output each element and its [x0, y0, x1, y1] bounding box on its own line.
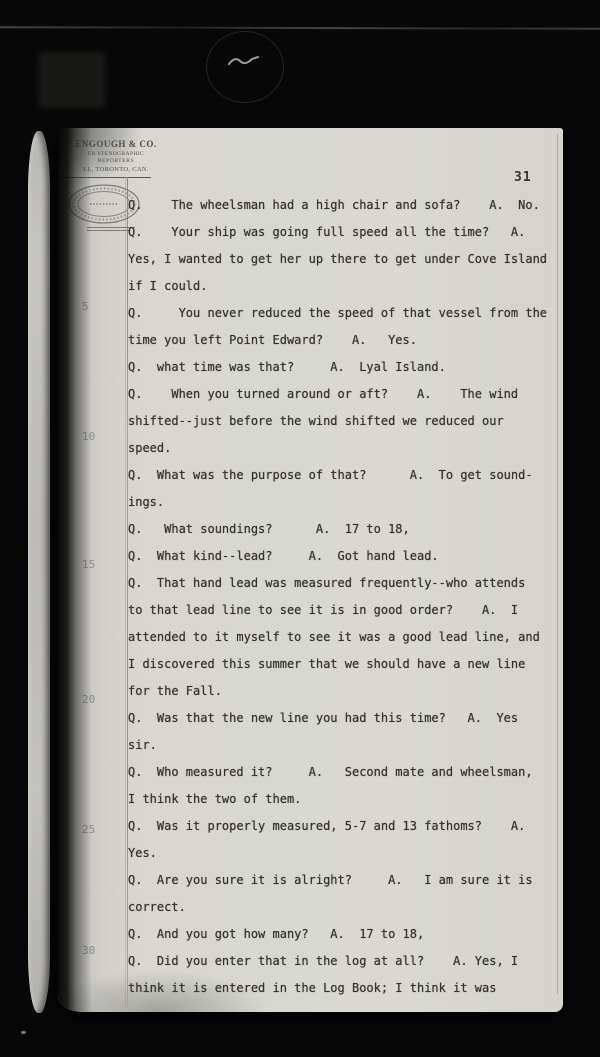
transcript-line: think it is entered in the Log Book; I t… — [128, 975, 556, 1002]
transcript-line: Q. Who measured it? A. Second mate and w… — [128, 759, 556, 786]
transcript-line: to that lead line to see it is in good o… — [128, 597, 556, 624]
transcript-line: I think the two of them. — [128, 786, 556, 813]
transcript-text: Q. The wheelsman had a high chair and so… — [128, 192, 556, 1002]
transcript-line: Q. what time was that? A. Lyal Island. — [128, 354, 556, 381]
transcript-line: Q. What was the purpose of that? A. To g… — [128, 462, 556, 489]
transcript-line: Q. What kind--lead? A. Got hand lead. — [128, 543, 556, 570]
dust-speck — [21, 1031, 26, 1034]
transcript-line: shifted--just before the wind shifted we… — [128, 408, 556, 435]
transcript-line: I discovered this summer that we should … — [128, 651, 556, 678]
film-shadow-blob — [38, 52, 106, 108]
transcript-line: Q. Was it properly measured, 5-7 and 13 … — [128, 813, 556, 840]
transcript-line: Q. Your ship was going full speed all th… — [128, 219, 556, 246]
film-scratch-line — [0, 26, 600, 30]
transcript-line: speed. — [128, 435, 556, 462]
page-number: 31 — [514, 170, 532, 185]
transcript-line: Q. The wheelsman had a high chair and so… — [128, 192, 556, 219]
transcript-line: for the Fall. — [128, 678, 556, 705]
gutter-shadow — [58, 128, 92, 1012]
transcript-line: Yes, I wanted to get her up there to get… — [128, 246, 556, 273]
transcript-line: Q. Did you enter that in the log at all?… — [128, 948, 556, 975]
transcript-line: Q. And you got how many? A. 17 to 18, — [128, 921, 556, 948]
page-stack-edge — [28, 131, 50, 1013]
transcript-line: Q. That hand lead was measured frequentl… — [128, 570, 556, 597]
transcript-line: Q. When you turned around or aft? A. The… — [128, 381, 556, 408]
document-page: ENGOUGH & CO. ER STENOGRAPHIC REPORTERS … — [58, 128, 563, 1012]
stamp-underline-2 — [87, 230, 129, 231]
transcript-line: ings. — [128, 489, 556, 516]
page-right-edge-line — [557, 134, 558, 994]
transcript-line: Q. You never reduced the speed of that v… — [128, 300, 556, 327]
transcript-line: attended to it myself to see it was a go… — [128, 624, 556, 651]
transcript-line: correct. — [128, 894, 556, 921]
transcript-line: Q. Are you sure it is alright? A. I am s… — [128, 867, 556, 894]
transcript-line: Yes. — [128, 840, 556, 867]
transcript-line: if I could. — [128, 273, 556, 300]
film-squiggle-mark — [227, 52, 261, 72]
transcript-line: Q. Was that the new line you had this ti… — [128, 705, 556, 732]
transcript-line: time you left Point Edward? A. Yes. — [128, 327, 556, 354]
transcript-line: sir. — [128, 732, 556, 759]
transcript-line: Q. What soundings? A. 17 to 18, — [128, 516, 556, 543]
